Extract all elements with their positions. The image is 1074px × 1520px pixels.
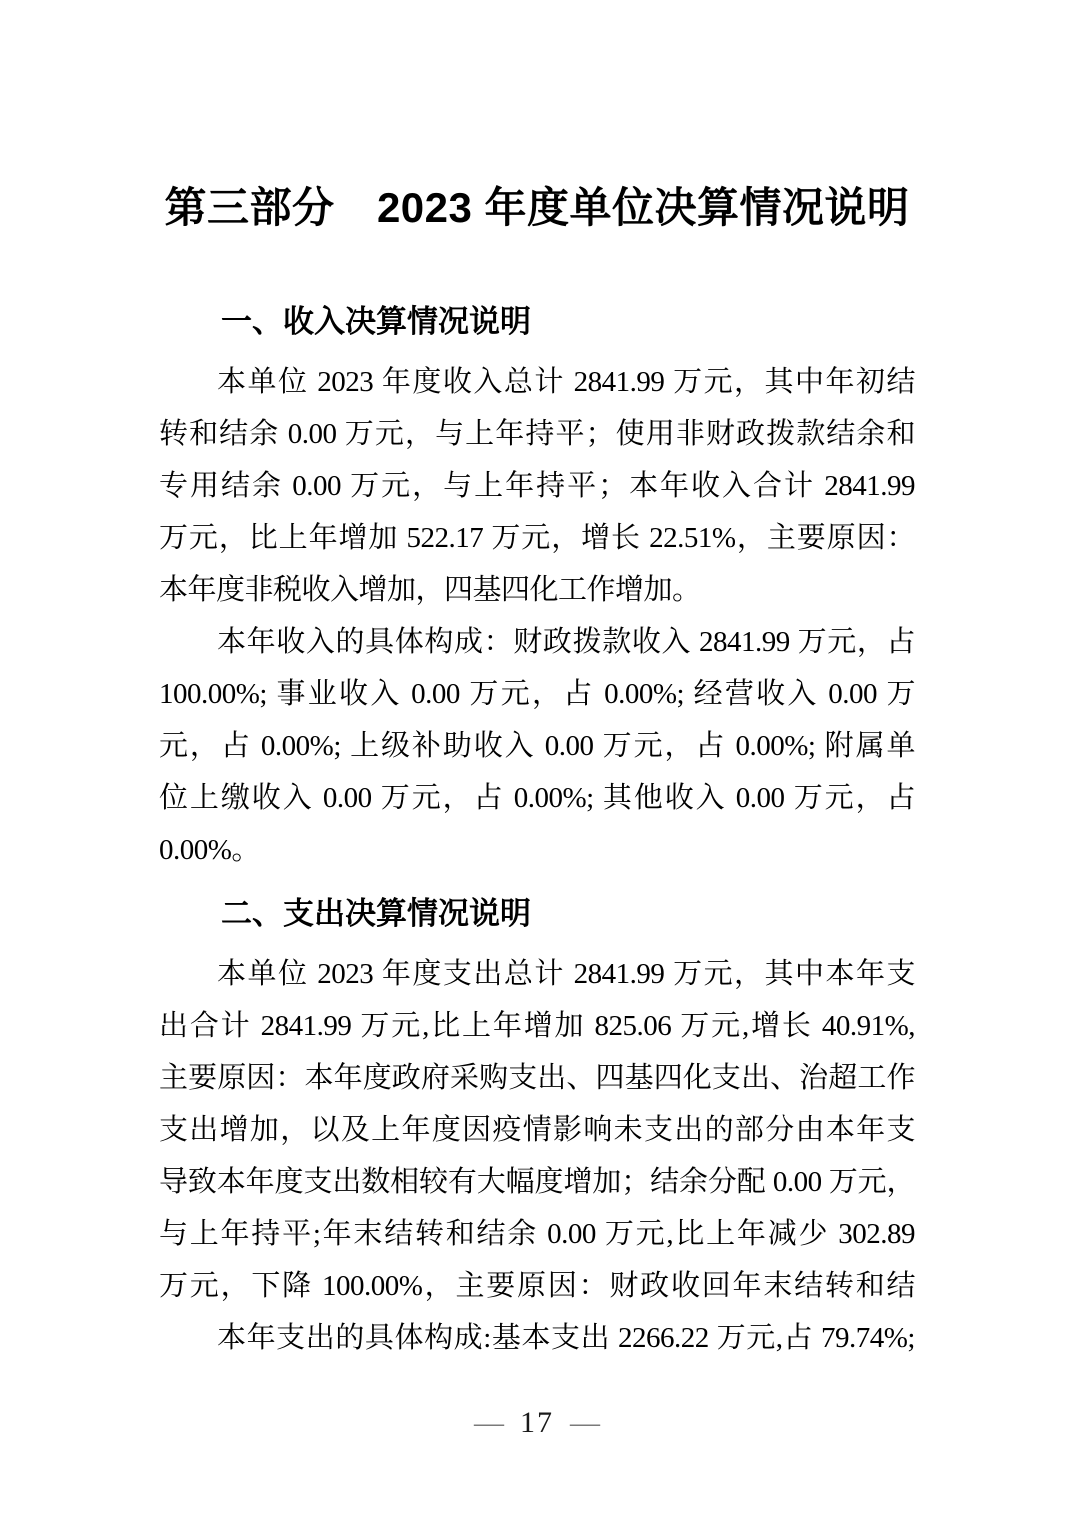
text-line: 转和结余 0.00 万元，与上年持平；使用非财政拨款结余和	[159, 408, 915, 460]
expenditure-composition-paragraph: 本年支出的具体构成:基本支出 2266.22 万元,占 79.74%;	[159, 1312, 915, 1364]
section-income-heading: 一、收入决算情况说明	[159, 300, 915, 344]
text-line: 与上年持平;年末结转和结余 0.00 万元,比上年减少 302.89	[159, 1208, 915, 1260]
section-expenditure-heading: 二、支出决算情况说明	[159, 892, 915, 936]
footer-dash-left: —	[474, 1406, 504, 1439]
text-line: 本年支出的具体构成:基本支出 2266.22 万元,占 79.74%;	[159, 1312, 915, 1364]
document-body: 一、收入决算情况说明 本单位 2023 年度收入总计 2841.99 万元，其中…	[159, 300, 915, 1364]
page-footer: —17—	[0, 1404, 1074, 1442]
text-line: 元，占 0.00%; 上级补助收入 0.00 万元，占 0.00%; 附属单	[159, 720, 915, 772]
text-line: 支出增加，以及上年度因疫情影响未支出的部分由本年支出，	[159, 1104, 915, 1156]
text-line: 位上缴收入 0.00 万元，占 0.00%; 其他收入 0.00 万元，占	[159, 772, 915, 824]
text-line: 专用结余 0.00 万元，与上年持平；本年收入合计 2841.99	[159, 460, 915, 512]
text-line: 0.00%。	[159, 824, 915, 876]
page-number: 17	[520, 1406, 554, 1439]
document-page: 第三部分 2023 年度单位决算情况说明 一、收入决算情况说明 本单位 2023…	[0, 0, 1074, 1520]
text-line: 万元，比上年增加 522.17 万元，增长 22.51%，主要原因：	[159, 512, 915, 564]
text-line: 导致本年度支出数相较有大幅度增加；结余分配 0.00 万元，	[159, 1156, 915, 1208]
text-line: 主要原因：本年度政府采购支出、四基四化支出、治超工作	[159, 1052, 915, 1104]
text-line: 100.00%; 事业收入 0.00 万元，占 0.00%; 经营收入 0.00…	[159, 668, 915, 720]
income-composition-paragraph: 本年收入的具体构成：财政拨款收入 2841.99 万元，占 100.00%; 事…	[159, 616, 915, 876]
text-line: 出合计 2841.99 万元,比上年增加 825.06 万元,增长 40.91%…	[159, 1000, 915, 1052]
expenditure-summary-paragraph: 本单位 2023 年度支出总计 2841.99 万元，其中本年支 出合计 284…	[159, 948, 915, 1312]
text-line: 本年度非税收入增加，四基四化工作增加。	[159, 564, 915, 616]
page-title: 第三部分 2023 年度单位决算情况说明	[0, 182, 1074, 234]
text-line: 本年收入的具体构成：财政拨款收入 2841.99 万元，占	[159, 616, 915, 668]
footer-dash-right: —	[570, 1406, 600, 1439]
income-summary-paragraph: 本单位 2023 年度收入总计 2841.99 万元，其中年初结 转和结余 0.…	[159, 356, 915, 616]
text-line: 本单位 2023 年度收入总计 2841.99 万元，其中年初结	[159, 356, 915, 408]
text-line: 万元，下降 100.00%，主要原因：财政收回年末结转和结余。	[159, 1260, 915, 1312]
text-line: 本单位 2023 年度支出总计 2841.99 万元，其中本年支	[159, 948, 915, 1000]
